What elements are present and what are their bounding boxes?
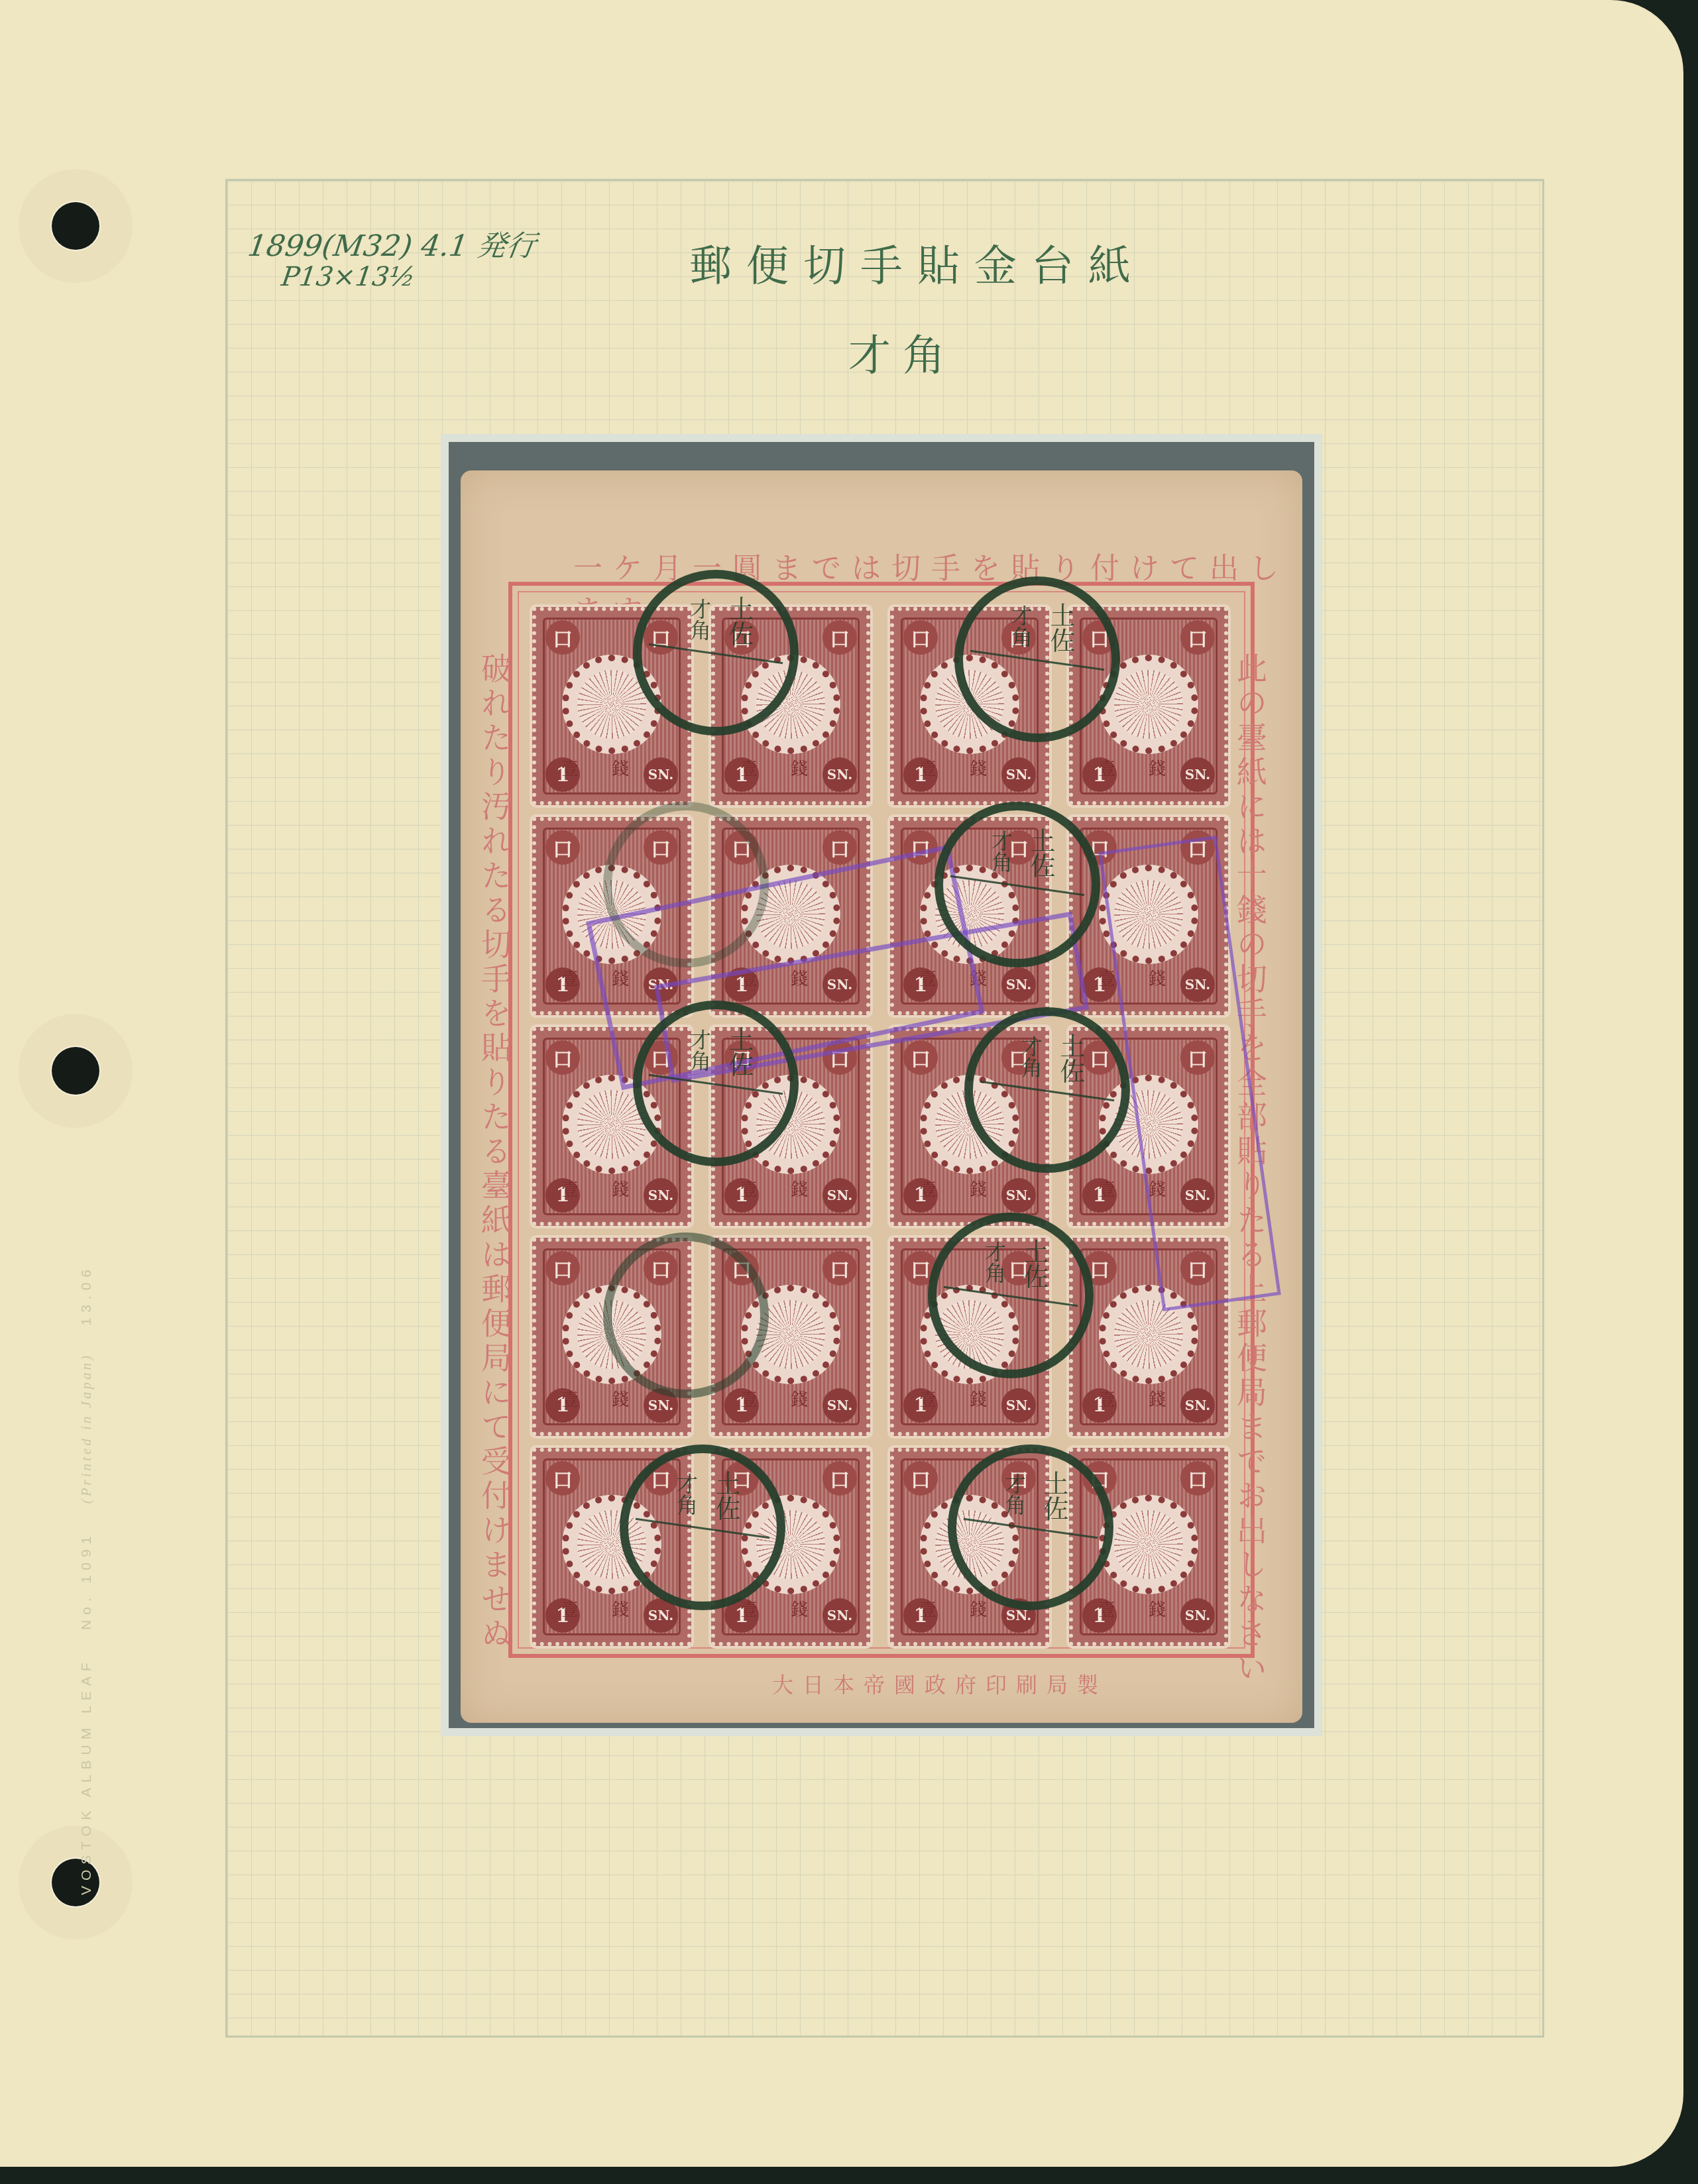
stamp-value-text: 壹錢 <box>1073 1596 1224 1621</box>
stamp-value-text: 壹錢 <box>536 755 687 780</box>
postmark: 土佐才角 <box>633 570 799 736</box>
stamp-value-text: 壹錢 <box>715 755 866 780</box>
stamp-value-text: 壹錢 <box>1073 1386 1224 1411</box>
postmark: 土佐才角 <box>954 576 1120 742</box>
stamp-corner: 口 <box>903 620 938 655</box>
imprint-code: 13.06 <box>79 1264 94 1326</box>
binder-hole-middle <box>52 1047 99 1095</box>
stamp-value-text: 壹錢 <box>894 755 1045 780</box>
stamp-value-text: 壹錢 <box>715 1386 866 1411</box>
imprint-brand: VOSTOK ALBUM LEAF <box>79 1657 94 1895</box>
stamp-corner: 口 <box>822 1461 857 1496</box>
page-title: 郵便切手貼金台紙 <box>689 232 1145 293</box>
postmark: 土佐才角 <box>620 1445 785 1610</box>
postmark-faint <box>603 802 769 967</box>
stamp-corner: 口 <box>545 1251 580 1285</box>
card-left-instruction: 破れたり汚れたる切手を貼りたる臺紙は郵便局にて受付けませぬ <box>473 653 516 1652</box>
imprint-origin: (Printed in Japan) <box>78 1353 94 1503</box>
postmark <box>603 1232 769 1398</box>
stamp-value-text: 壹錢 <box>715 1176 866 1201</box>
perforation-note: P13×13½ <box>280 262 417 292</box>
stamp-corner: 口 <box>1180 1461 1215 1496</box>
stamp-value-text: 壹錢 <box>894 1386 1045 1411</box>
stamp-corner: 口 <box>545 830 580 865</box>
stamp-corner: 口 <box>545 1461 580 1496</box>
stamp-corner: 口 <box>822 1251 857 1285</box>
stamp-corner: 口 <box>822 620 857 655</box>
postmark: 土佐才角 <box>633 1001 799 1166</box>
stamp-corner: 口 <box>545 620 580 655</box>
stamp-corner: 口 <box>545 1040 580 1075</box>
binder-hole-top <box>52 202 99 250</box>
imprint-number: No. 1091 <box>79 1531 94 1630</box>
postmark: 土佐才角 <box>928 1213 1094 1378</box>
postmark: 土佐才角 <box>934 802 1100 967</box>
stamp-corner: 口 <box>903 1461 938 1496</box>
stamp-value-text: 壹錢 <box>894 1176 1045 1201</box>
stamp-savings-card: 一ケ月一圓までは切手を貼り付けて出します 破れたり汚れたる切手を貼りたる臺紙は郵… <box>461 470 1302 1723</box>
stamp-corner: 口 <box>822 830 857 865</box>
stamp-value-text: 壹錢 <box>536 1176 687 1201</box>
album-page: VOSTOK ALBUM LEAF No. 1091 (Printed in J… <box>0 0 1683 2167</box>
chrysanthemum-icon <box>1099 1495 1198 1594</box>
stamp-corner: 口 <box>903 1040 938 1075</box>
album-margin-imprint: VOSTOK ALBUM LEAF No. 1091 (Printed in J… <box>78 1264 95 1895</box>
stamp-corner: 口 <box>1180 620 1215 655</box>
page-subtitle: 才角 <box>848 321 957 382</box>
postmark: 土佐才角 <box>948 1445 1113 1610</box>
issue-date-note: 1899(M32) 4.1 発行 <box>246 222 539 264</box>
card-printer-imprint: 大日本帝國政府印刷局製 <box>772 1668 1107 1699</box>
stamp-value-text: 壹錢 <box>1073 755 1224 780</box>
postmark: 土佐才角 <box>964 1007 1130 1173</box>
